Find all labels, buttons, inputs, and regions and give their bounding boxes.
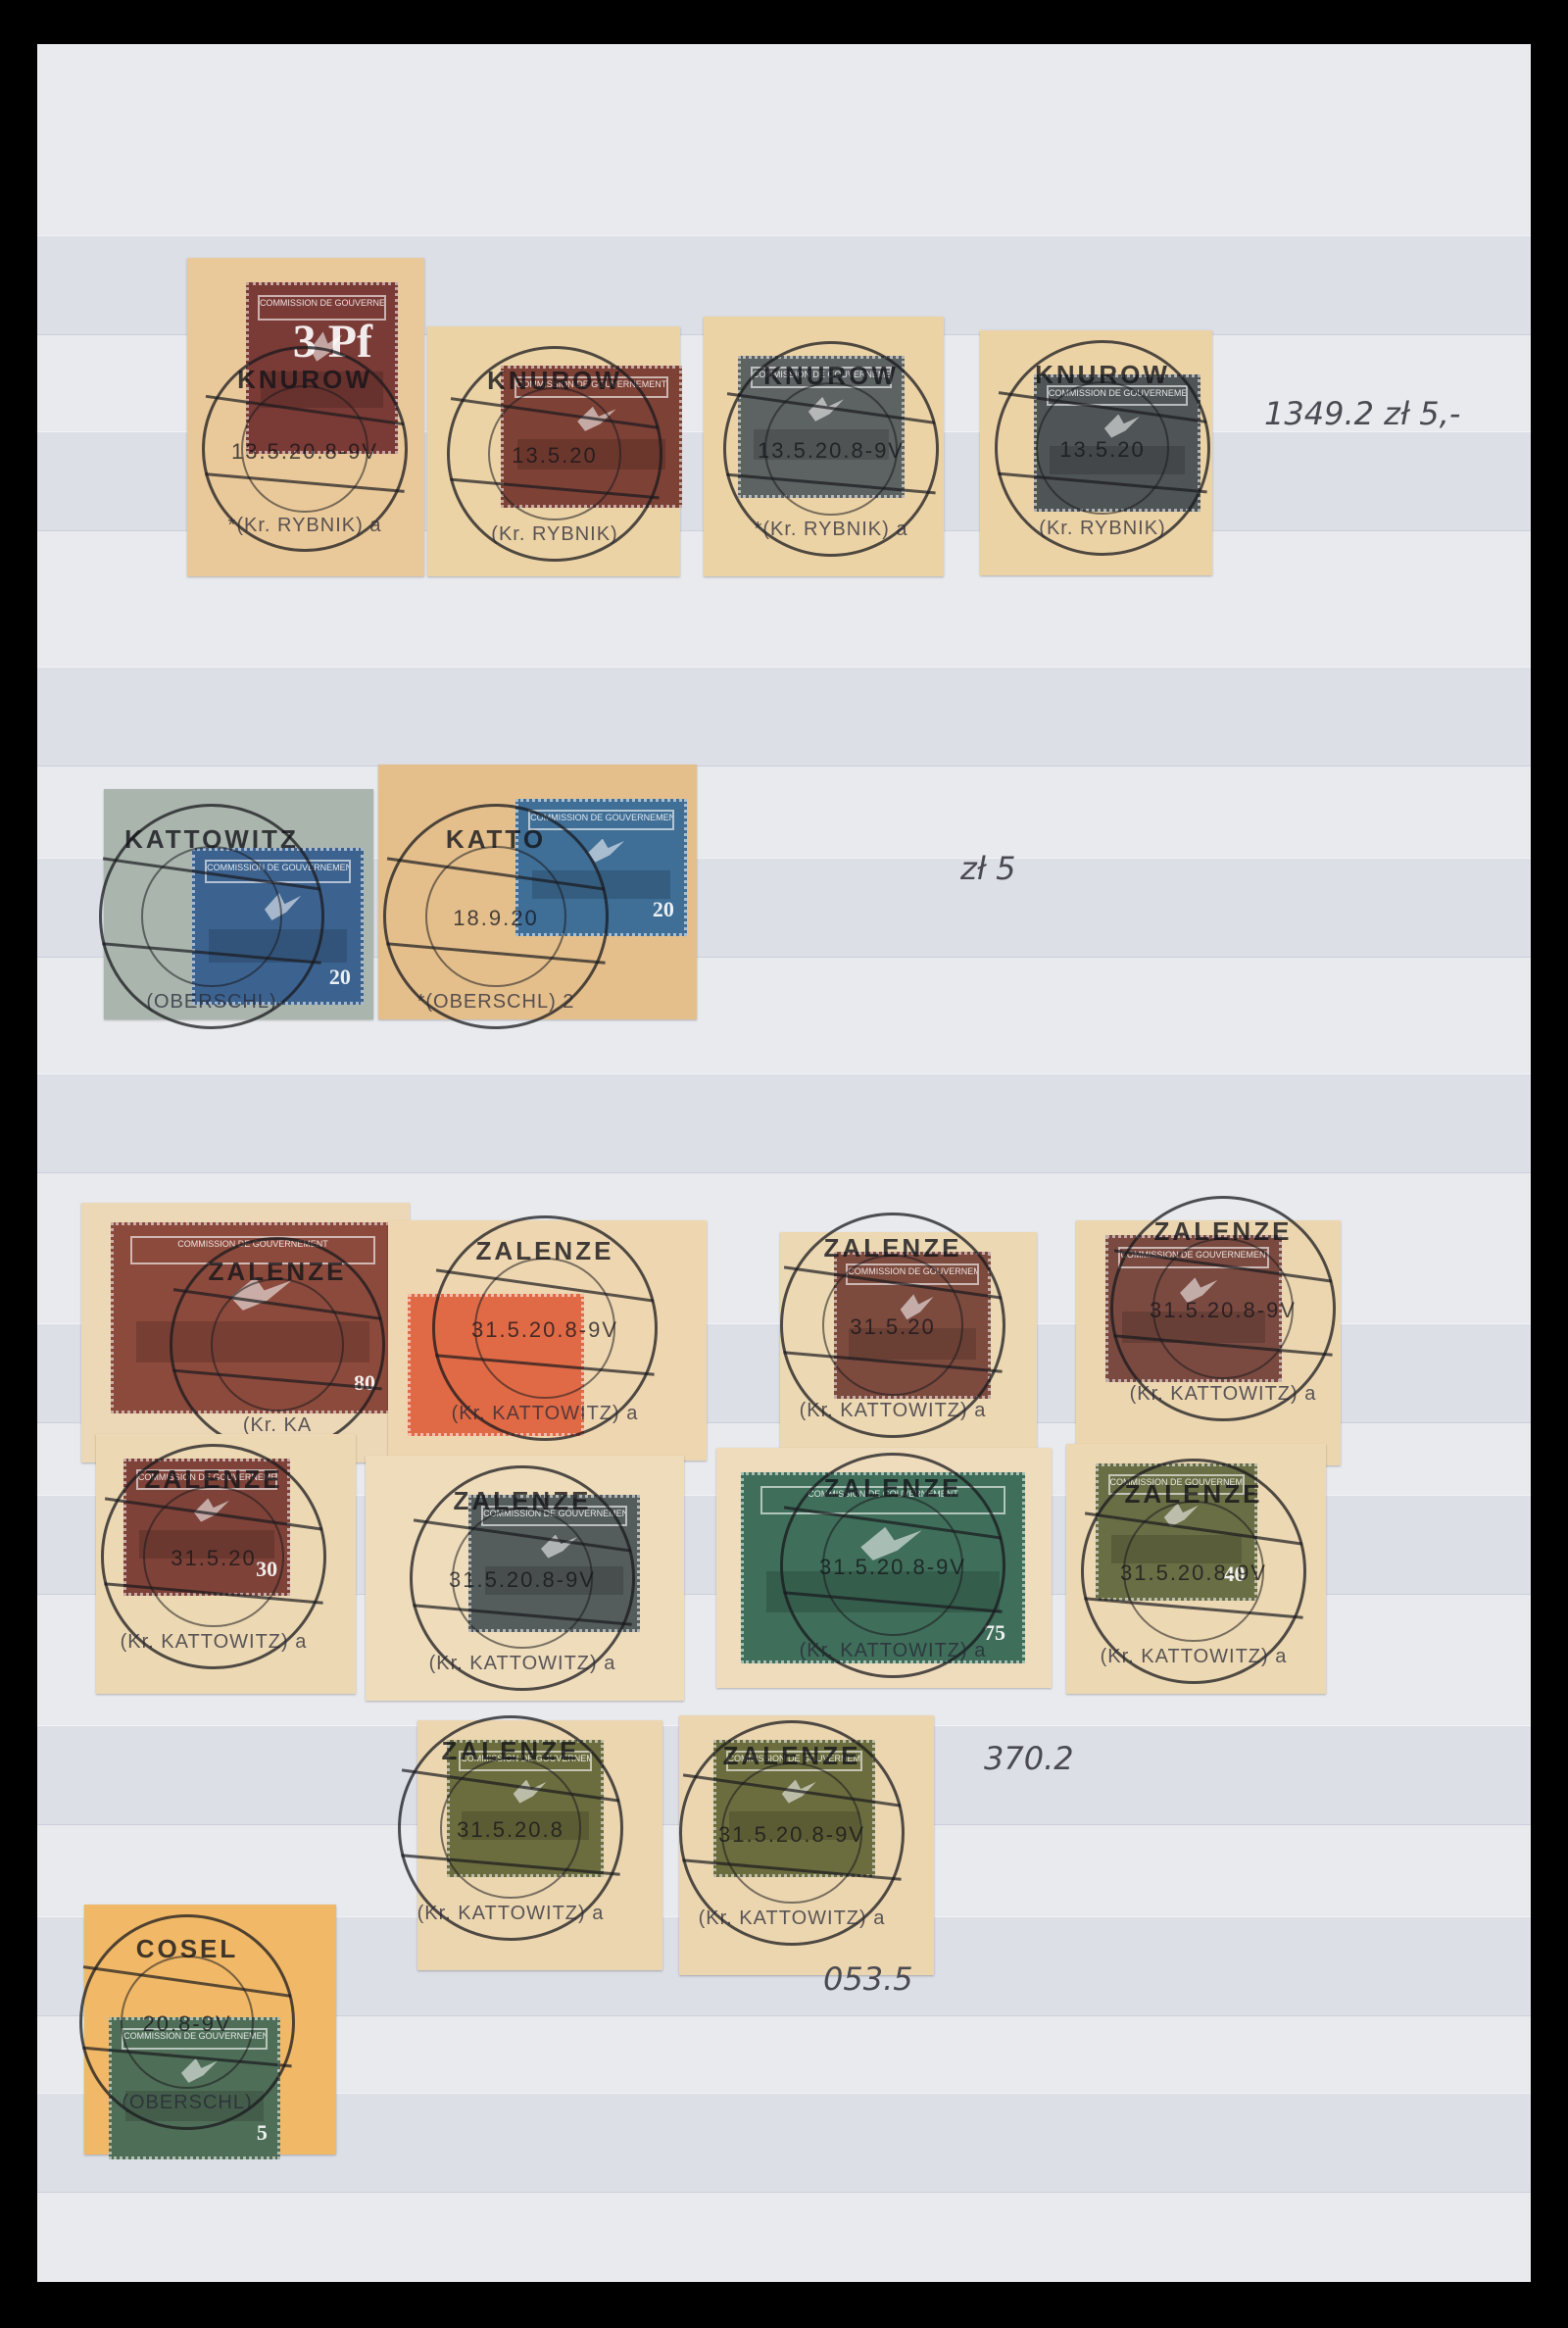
postmark-cancel: ZALENZE31.5.20.8-9V(Kr. KATTOWITZ) a: [780, 1453, 1005, 1678]
postmark-town: ZALENZE: [104, 1464, 323, 1495]
postmark-cancel: ZALENZE31.5.20.8-9V(Kr. KATTOWITZ) a: [432, 1215, 658, 1441]
postmark-district: (OBERSCHL): [82, 2092, 292, 2114]
postmark-town: KNUROW: [450, 366, 660, 396]
postmark-cancel: ZALENZE(Kr. KA: [170, 1237, 385, 1453]
postmark-cancel: ZALENZE31.5.20.8(Kr. KATTOWITZ) a: [398, 1715, 623, 1941]
stamp-on-piece: COMMISSION DE GOUVERNEMENT75 ZALENZE31.5…: [716, 1448, 1052, 1688]
postmark-district: (Kr. KATTOWITZ) a: [104, 1631, 323, 1654]
postmark-cancel: COSEL20.8-9V(OBERSCHL): [79, 1914, 295, 2130]
postmark-district: (Kr. RYBNIK): [450, 523, 660, 546]
postmark-date: 13.5.20.8-9V: [726, 438, 936, 464]
stamp-on-piece: COMMISSION DE GOUVERNEMENT20 KATTOWITZ(O…: [104, 789, 373, 1019]
stamp-on-piece: COMMISSION DE GOUVERNEMENT KNUROW13.5.20…: [704, 317, 944, 576]
postmark-town: ZALENZE: [1113, 1216, 1333, 1247]
postmark-district: (Kr. KATTOWITZ) a: [1084, 1646, 1303, 1668]
postmark-town: KATTO: [386, 824, 606, 855]
postmark-district: *(Kr. RYBNIK) a: [205, 515, 405, 537]
postmark-date: 31.5.20.8-9V: [682, 1822, 902, 1848]
stamp-on-piece: COMMISSION DE GOUVERNEMENT ZALENZE31.5.2…: [780, 1232, 1037, 1467]
postmark-cancel: KATTO18.9.20*(OBERSCHL) 2: [383, 804, 609, 1029]
stamp-on-piece: COMMISSION DE GOUVERNEMENT ZALENZE31.5.2…: [366, 1456, 684, 1701]
postmark-cancel: ZALENZE31.5.20(Kr. KATTOWITZ) a: [101, 1444, 326, 1669]
postmark-town: ZALENZE: [435, 1236, 655, 1266]
postmark-district: (Kr. RYBNIK): [998, 518, 1207, 540]
stamp-on-piece: COMMISSION DE GOUVERNEMENT KNUROW13.5.20…: [427, 326, 680, 576]
postmark-date: 13.5.20.8-9V: [205, 439, 405, 465]
postmark-district: (Kr. KATTOWITZ) a: [435, 1403, 655, 1425]
postmark-town: ZALENZE: [1084, 1479, 1303, 1510]
postmark-date: 31.5.20.8-9V: [413, 1567, 632, 1593]
postmark-town: KNUROW: [726, 361, 936, 391]
postmark-town: KNUROW: [998, 360, 1207, 390]
postmark-town: ZALENZE: [783, 1233, 1003, 1263]
postmark-date: 31.5.20.8: [401, 1817, 620, 1843]
stamp-on-piece: ZALENZE31.5.20.8-9V(Kr. KATTOWITZ) a: [388, 1220, 707, 1461]
postmark-cancel: KNUROW13.5.20(Kr. RYBNIK): [447, 346, 662, 562]
postmark-cancel: KATTOWITZ(OBERSCHL): [99, 804, 324, 1029]
stamp-on-piece: COMMISSION DE GOUVERNEMENT5 COSEL20.8-9V…: [84, 1905, 336, 2155]
postmark-date: 13.5.20: [998, 437, 1207, 463]
stamp-on-piece: COMMISSION DE GOUVERNEMENT ZALENZE31.5.2…: [1076, 1220, 1341, 1465]
postmark-date: 20.8-9V: [82, 2011, 292, 2037]
postmark-cancel: KNUROW13.5.20(Kr. RYBNIK): [995, 340, 1210, 556]
postmark-date: 18.9.20: [386, 906, 606, 931]
postmark-cancel: KNUROW13.5.20.8-9V*(Kr. RYBNIK) a: [723, 341, 939, 557]
postmark-cancel: ZALENZE31.5.20.8-9V(Kr. KATTOWITZ) a: [679, 1720, 905, 1946]
note-row4: 053.5: [823, 1960, 913, 1998]
note-row1: 1349.2 zł 5,-: [1264, 395, 1460, 432]
postmark-district: *(OBERSCHL) 2: [386, 991, 606, 1014]
stockbook-strip: [37, 1073, 1531, 1173]
postmark-district: *(Kr. RYBNIK) a: [726, 519, 936, 541]
postmark-town: ZALENZE: [401, 1736, 620, 1766]
stamp-on-piece: COMMISSION DE GOUVERNEMENT ZALENZE31.5.2…: [679, 1715, 934, 1975]
postmark-date: 31.5.20: [104, 1546, 323, 1571]
postmark-district: (OBERSCHL): [102, 991, 321, 1014]
note-row2: zł 5: [960, 850, 1016, 887]
postmark-town: ZALENZE: [172, 1257, 382, 1287]
postmark-district: (Kr. KATTOWITZ) a: [1113, 1383, 1333, 1406]
stamp-on-piece: COMMISSION DE GOUVERNEMENT20 KATTO18.9.2…: [378, 765, 697, 1019]
stamp-denomination: 5: [257, 2120, 268, 2146]
postmark-district: (Kr. KATTOWITZ) a: [413, 1653, 632, 1675]
stamp-on-piece: COMMISSION DE GOUVERNEMENT KNUROW13.5.20…: [980, 330, 1212, 575]
stamp-on-piece: COMMISSION DE GOUVERNEMENT80 ZALENZE(Kr.…: [81, 1203, 410, 1462]
stockbook-page: COMMISSION DE GOUVERNEMENT3 Pf KNUROW13.…: [37, 44, 1531, 2282]
stamp-on-piece: COMMISSION DE GOUVERNEMENT ZALENZE31.5.2…: [417, 1720, 662, 1970]
postmark-town: ZALENZE: [413, 1486, 632, 1516]
postmark-date: 31.5.20.8-9V: [1113, 1298, 1333, 1323]
stamp-on-piece: COMMISSION DE GOUVERNEMENT40 ZALENZE31.5…: [1066, 1444, 1326, 1694]
postmark-cancel: KNUROW13.5.20.8-9V*(Kr. RYBNIK) a: [202, 346, 408, 552]
postmark-district: (Kr. KATTOWITZ) a: [783, 1640, 1003, 1662]
postmark-town: ZALENZE: [682, 1741, 902, 1771]
postmark-date: 13.5.20: [450, 443, 660, 469]
postmark-date: 31.5.20.8-9V: [1084, 1560, 1303, 1586]
postmark-date: 31.5.20: [783, 1314, 1003, 1340]
stockbook-strip: [37, 667, 1531, 767]
postmark-date: 31.5.20.8-9V: [435, 1317, 655, 1343]
postmark-town: COSEL: [82, 1934, 292, 1964]
note-row3: 370.2: [984, 1740, 1074, 1777]
postmark-district: (Kr. KATTOWITZ) a: [401, 1903, 620, 1925]
postmark-town: ZALENZE: [783, 1473, 1003, 1504]
stamp-denomination: 20: [653, 897, 674, 922]
postmark-town: KNUROW: [205, 365, 405, 395]
postmark-cancel: ZALENZE31.5.20(Kr. KATTOWITZ) a: [780, 1213, 1005, 1438]
postmark-town: KATTOWITZ: [102, 824, 321, 855]
postmark-cancel: ZALENZE31.5.20.8-9V(Kr. KATTOWITZ) a: [1081, 1459, 1306, 1684]
stamp-denomination: 20: [329, 965, 351, 990]
stamp-on-piece: COMMISSION DE GOUVERNEMENT30 ZALENZE31.5…: [96, 1434, 356, 1694]
postmark-district: (Kr. KATTOWITZ) a: [682, 1907, 902, 1930]
postmark-cancel: ZALENZE31.5.20.8-9V(Kr. KATTOWITZ) a: [1110, 1196, 1336, 1421]
postmark-district: (Kr. KATTOWITZ) a: [783, 1400, 1003, 1422]
postmark-cancel: ZALENZE31.5.20.8-9V(Kr. KATTOWITZ) a: [410, 1465, 635, 1691]
postmark-date: 31.5.20.8-9V: [783, 1555, 1003, 1580]
stamp-on-piece: COMMISSION DE GOUVERNEMENT3 Pf KNUROW13.…: [187, 258, 424, 576]
